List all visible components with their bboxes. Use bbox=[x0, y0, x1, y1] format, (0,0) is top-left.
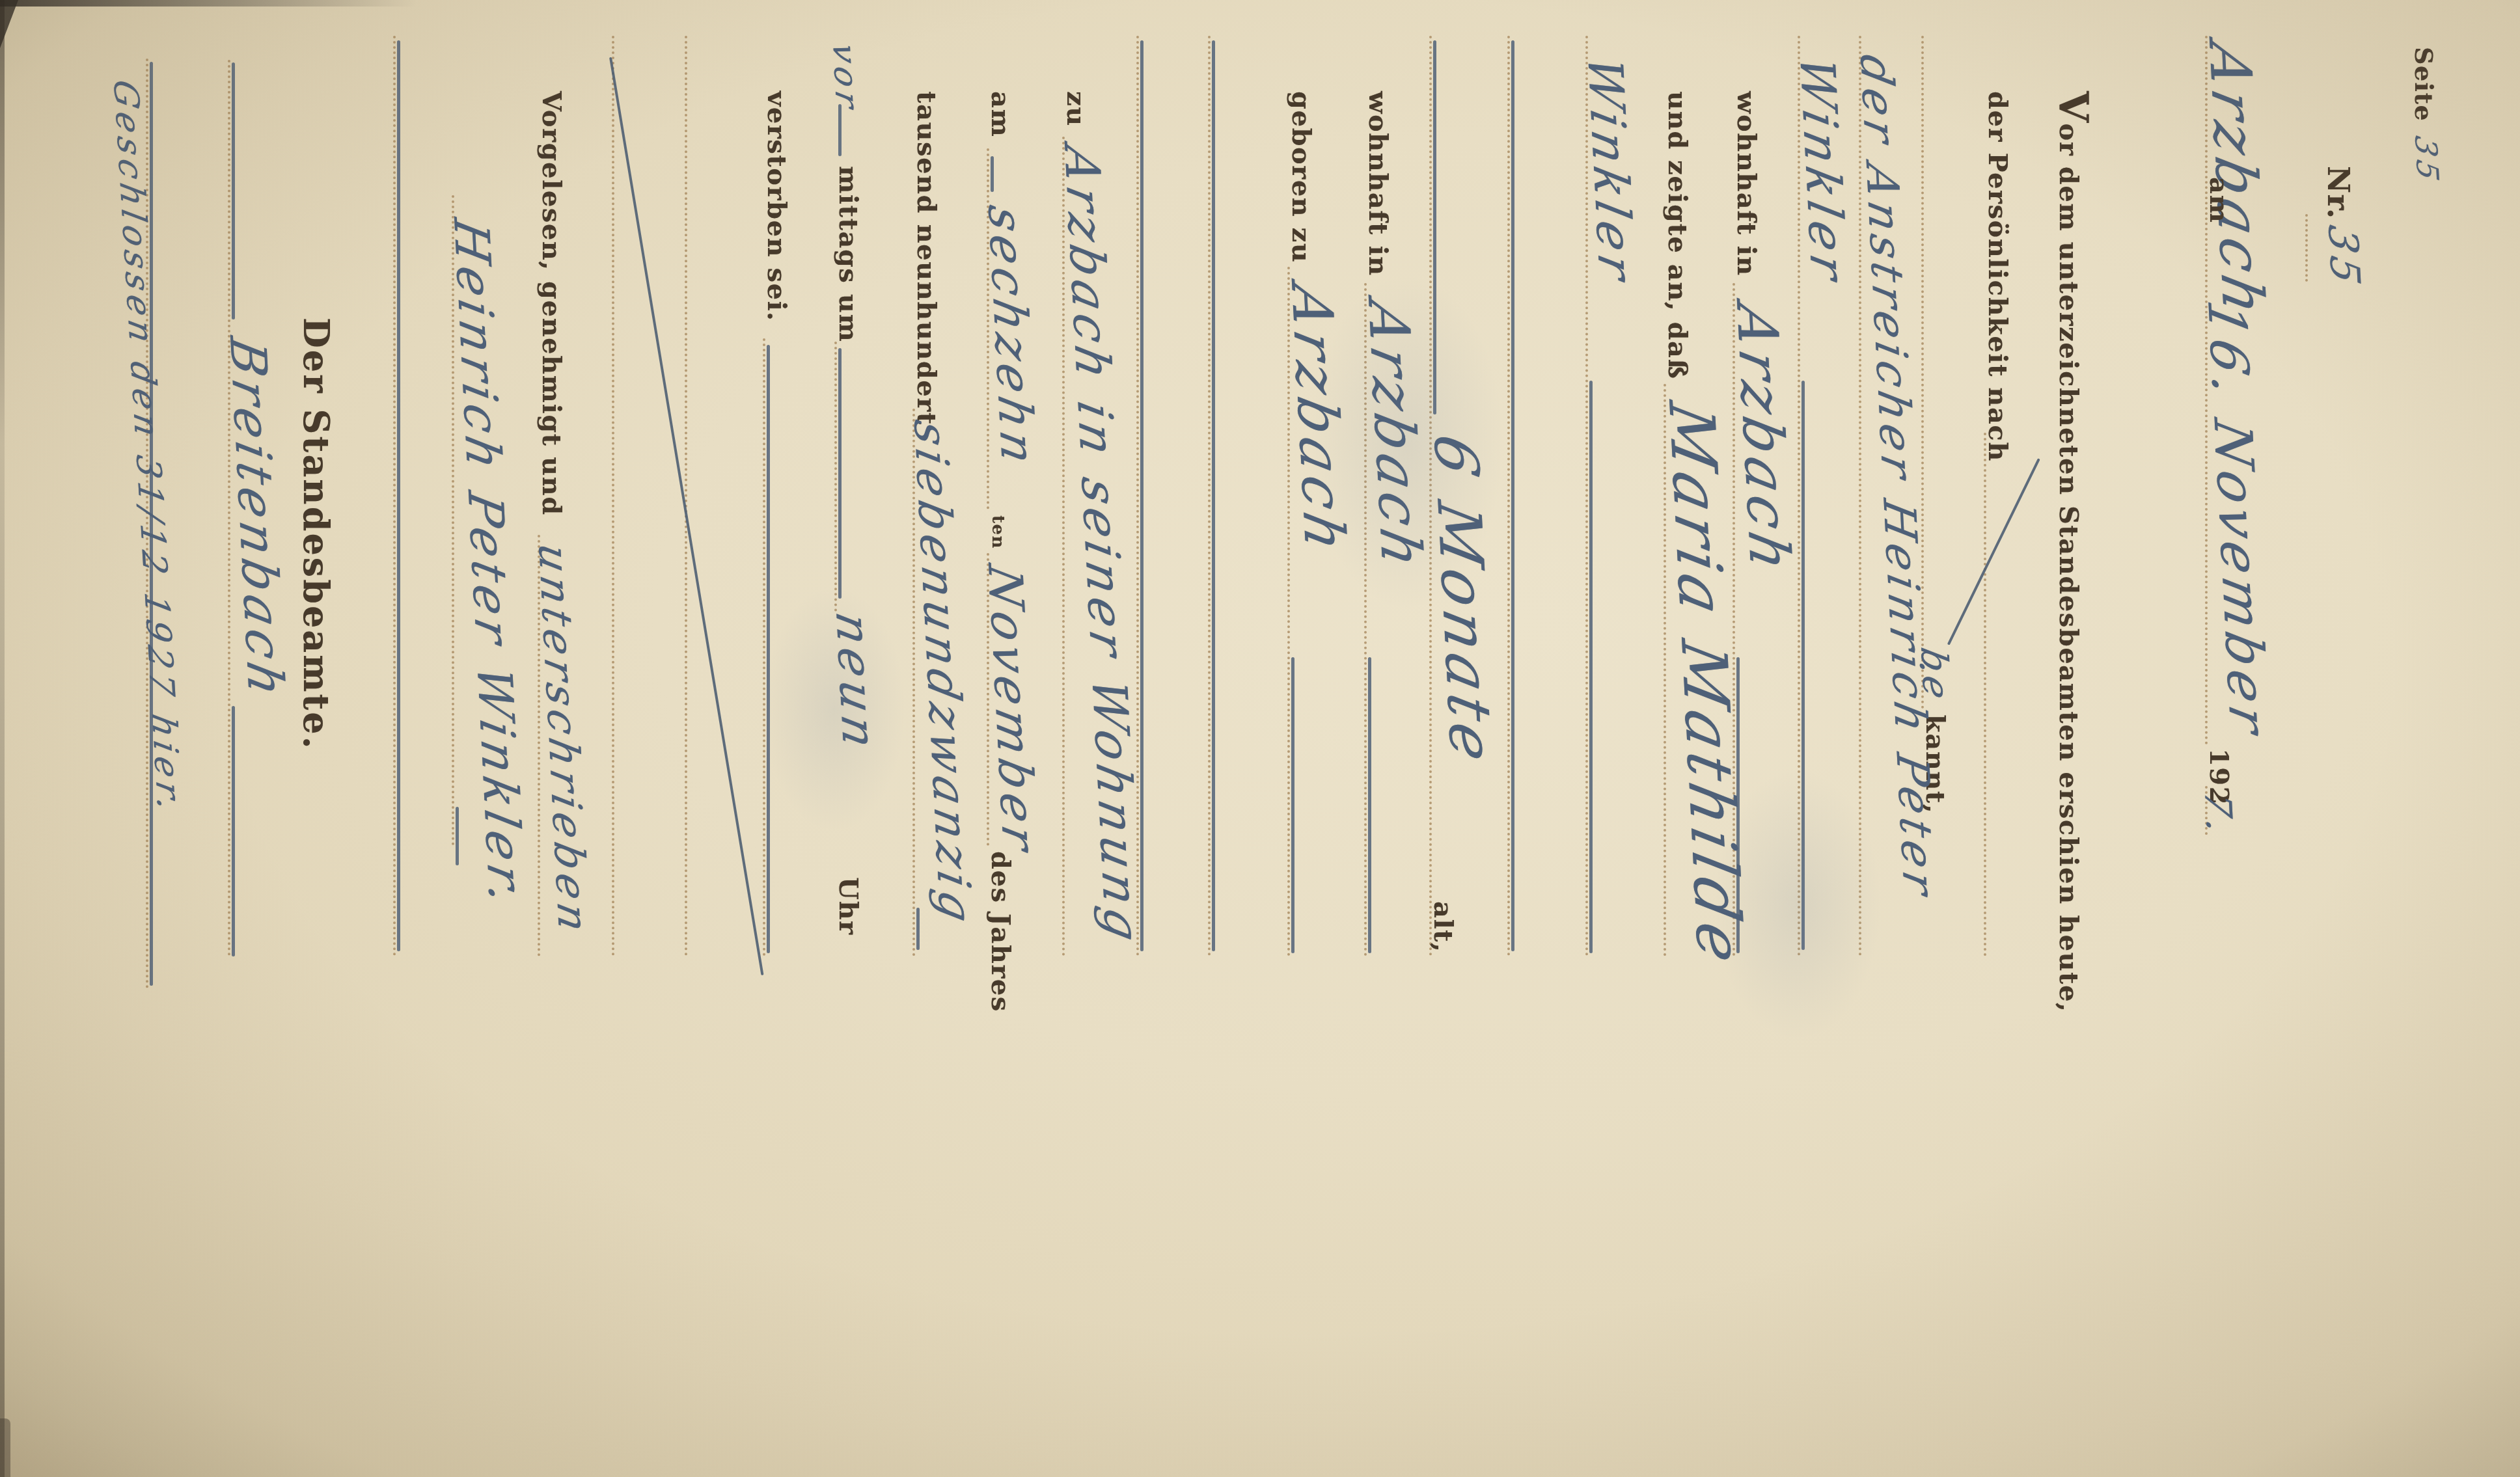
printed-text: am bbox=[985, 91, 1016, 137]
printed-text: geboren zu bbox=[1286, 91, 1317, 263]
printed-text: der Persönlichkeit nach bbox=[1982, 91, 2013, 462]
scanned-register-page: Seite35 Nr. 35 Arzbacham16. November1927… bbox=[0, 0, 2520, 1477]
printed-text: Vorgelesen, genehmigt und bbox=[536, 91, 567, 516]
dotted-rule bbox=[393, 36, 396, 956]
strike-line bbox=[916, 908, 920, 950]
handwritten-text: 6 Monate bbox=[1420, 429, 1507, 772]
handwritten-text: Arzbach bbox=[1723, 299, 1802, 580]
seite-number-handwritten: 35 bbox=[2408, 133, 2446, 188]
printed-text: am bbox=[2204, 177, 2234, 223]
strike-line bbox=[232, 706, 235, 956]
printed-text: und zeigte an, daß bbox=[1662, 91, 1693, 379]
nr-label: Nr. bbox=[2321, 166, 2356, 220]
printed-text: verstorben sei. bbox=[761, 91, 792, 322]
strike-line bbox=[397, 40, 400, 951]
handwritten-text: Arzbach bbox=[1278, 280, 1357, 561]
dotted-rule bbox=[1208, 36, 1211, 956]
strike-line bbox=[1801, 381, 1805, 950]
scan-edge-artifact bbox=[0, 0, 417, 7]
strike-line bbox=[1212, 40, 1215, 951]
death-register-form: Seite35 Nr. 35 Arzbacham16. November1927… bbox=[0, 0, 2520, 1477]
strike-line bbox=[456, 807, 459, 865]
strike-line bbox=[991, 156, 994, 192]
strike-line bbox=[838, 104, 842, 156]
handwritten-text: Winkler bbox=[1576, 52, 1644, 289]
strike-line bbox=[1433, 40, 1436, 414]
dotted-rule bbox=[685, 36, 687, 956]
printed-text: ten bbox=[988, 515, 1007, 549]
handwritten-text: siebenundzwanzig bbox=[903, 416, 983, 931]
printed-text: tausend neunhundert bbox=[911, 91, 942, 426]
dotted-rule bbox=[1984, 433, 1986, 956]
cancel-slash bbox=[1947, 458, 2040, 645]
strike-line bbox=[1589, 381, 1593, 953]
handwritten-text: 16. November bbox=[2196, 296, 2279, 742]
strike-line bbox=[232, 62, 235, 319]
handwritten-text: vor bbox=[825, 40, 866, 116]
printed-text: zu bbox=[1061, 91, 1091, 127]
nr-dotted-rule bbox=[2305, 214, 2308, 282]
dotted-rule bbox=[763, 338, 765, 956]
printed-text: Der Standesbeamte. bbox=[295, 318, 337, 750]
dotted-rule bbox=[612, 36, 614, 956]
strike-line bbox=[1291, 657, 1294, 953]
nr-number-handwritten: 35 bbox=[2319, 222, 2370, 292]
strike-line bbox=[1368, 657, 1371, 953]
printed-text: Uhr bbox=[833, 877, 864, 936]
strike-line bbox=[767, 345, 770, 953]
printed-text: Vor dem unterzeichneten Standesbeamten e… bbox=[2050, 91, 2098, 1012]
scan-edge-artifact bbox=[0, 0, 5, 1477]
handwritten-text: neun bbox=[825, 608, 887, 757]
printed-text: wohnhaft in bbox=[1731, 91, 1762, 277]
dotted-rule bbox=[1507, 36, 1510, 956]
handwritten-text: Arzbach in seiner Wohnung bbox=[1053, 142, 1150, 950]
scan-corner-artifact bbox=[0, 1418, 10, 1477]
record-number-header: Nr. 35 bbox=[2284, 166, 2356, 361]
seite-label: Seite bbox=[2409, 47, 2439, 122]
dotted-rule bbox=[834, 342, 837, 612]
page-number-header: Seite35 bbox=[2408, 47, 2443, 181]
handwritten-text: 7. bbox=[2196, 789, 2240, 841]
handwritten-text: Arzbach bbox=[1355, 296, 1434, 577]
strike-line bbox=[1511, 40, 1514, 951]
printed-text: wohnhaft in bbox=[1363, 91, 1393, 277]
strike-line bbox=[838, 348, 842, 599]
printed-text: mittags um bbox=[833, 166, 864, 342]
printed-text: des Jahres bbox=[985, 851, 1016, 1012]
handwritten-text: Winkler bbox=[1788, 52, 1856, 289]
printed-text: alt, bbox=[1428, 901, 1459, 953]
handwritten-text: der Anstreicher Heinrich Peter bbox=[1850, 51, 1945, 903]
closing-note-handwritten: Geschlossen den 31/12 1927 hier. bbox=[105, 77, 189, 819]
